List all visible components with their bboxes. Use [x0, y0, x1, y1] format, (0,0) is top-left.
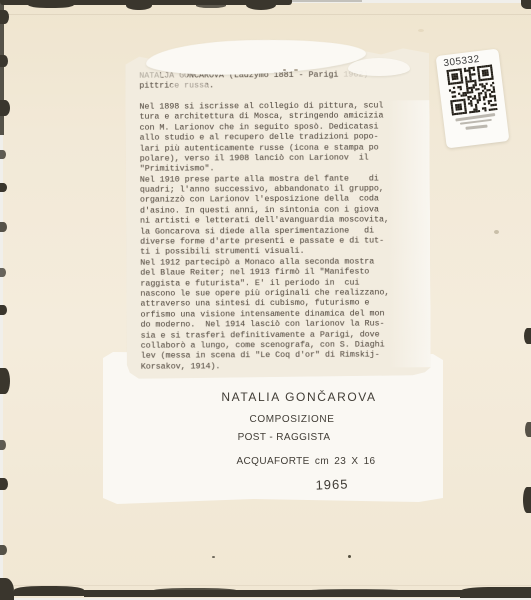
torn-edge	[196, 2, 226, 8]
sticker-fine-print-line	[465, 124, 487, 129]
torn-edge	[524, 328, 531, 344]
torn-edge	[0, 55, 8, 67]
paper-abrasion	[135, 71, 161, 82]
torn-edge	[521, 0, 531, 9]
torn-edge	[126, 0, 152, 10]
paper-tear-flap	[348, 58, 410, 76]
foxing-spot	[212, 556, 215, 558]
typed-label: NATALJA GONCAROVA (Ladzymo 1881 - Parigi…	[125, 45, 431, 379]
crease-line	[0, 14, 531, 15]
typed-label-line: ni artisti e letterati dell'avanguardia …	[140, 216, 422, 228]
foxing-spot	[418, 29, 424, 32]
ink-smudge	[283, 69, 286, 71]
typed-label-line: do moderno. Nel 1914 lasciò con larionov…	[141, 319, 423, 331]
paper-abrasion	[170, 81, 208, 91]
torn-edge	[0, 10, 9, 24]
ink-smudge	[294, 69, 298, 71]
torn-edge	[300, 589, 410, 597]
torn-edge	[0, 222, 7, 232]
torn-edge	[0, 305, 7, 315]
torn-edge	[0, 440, 6, 450]
torn-edge	[0, 100, 10, 116]
inventory-sticker: 305332	[436, 49, 510, 149]
torn-edge	[28, 0, 74, 8]
handwritten-artist-name: NATALIA GONČAROVA	[221, 390, 376, 404]
torn-edge	[0, 478, 8, 490]
typed-label-line: Korsakov, 1914).	[141, 361, 423, 373]
handwritten-year: 1965	[315, 476, 348, 492]
torn-edge	[246, 0, 276, 10]
typed-label-line: tura e architettura di Mosca, stringendo…	[139, 112, 421, 124]
torn-edge	[525, 422, 531, 437]
qr-code-icon	[446, 64, 497, 115]
foxing-spot	[494, 230, 499, 234]
photo-of-artwork-verso: NATALJA GONCAROVA (Ladzymo 1881 - Parigi…	[0, 0, 531, 600]
handwritten-technique-size: ACQUAFORTE cm 23 X 16	[236, 456, 375, 467]
torn-edge	[460, 587, 531, 598]
torn-edge	[14, 586, 84, 596]
torn-edge	[0, 545, 7, 555]
handwritten-title-line-2: POST - RAGGISTA	[238, 432, 331, 443]
torn-edge	[0, 268, 6, 277]
crease-line	[0, 585, 531, 586]
torn-edge	[0, 183, 7, 192]
foxing-spot	[348, 555, 351, 558]
typed-text-block: NATALJA GONCAROVA (Ladzymo 1881 - Parigi…	[139, 70, 423, 373]
handwritten-title-line-1: COMPOSIZIONE	[250, 414, 335, 425]
torn-edge	[292, 0, 362, 2]
torn-edge	[0, 368, 10, 394]
torn-edge	[0, 150, 6, 159]
torn-edge	[150, 588, 240, 597]
torn-edge	[523, 487, 531, 513]
